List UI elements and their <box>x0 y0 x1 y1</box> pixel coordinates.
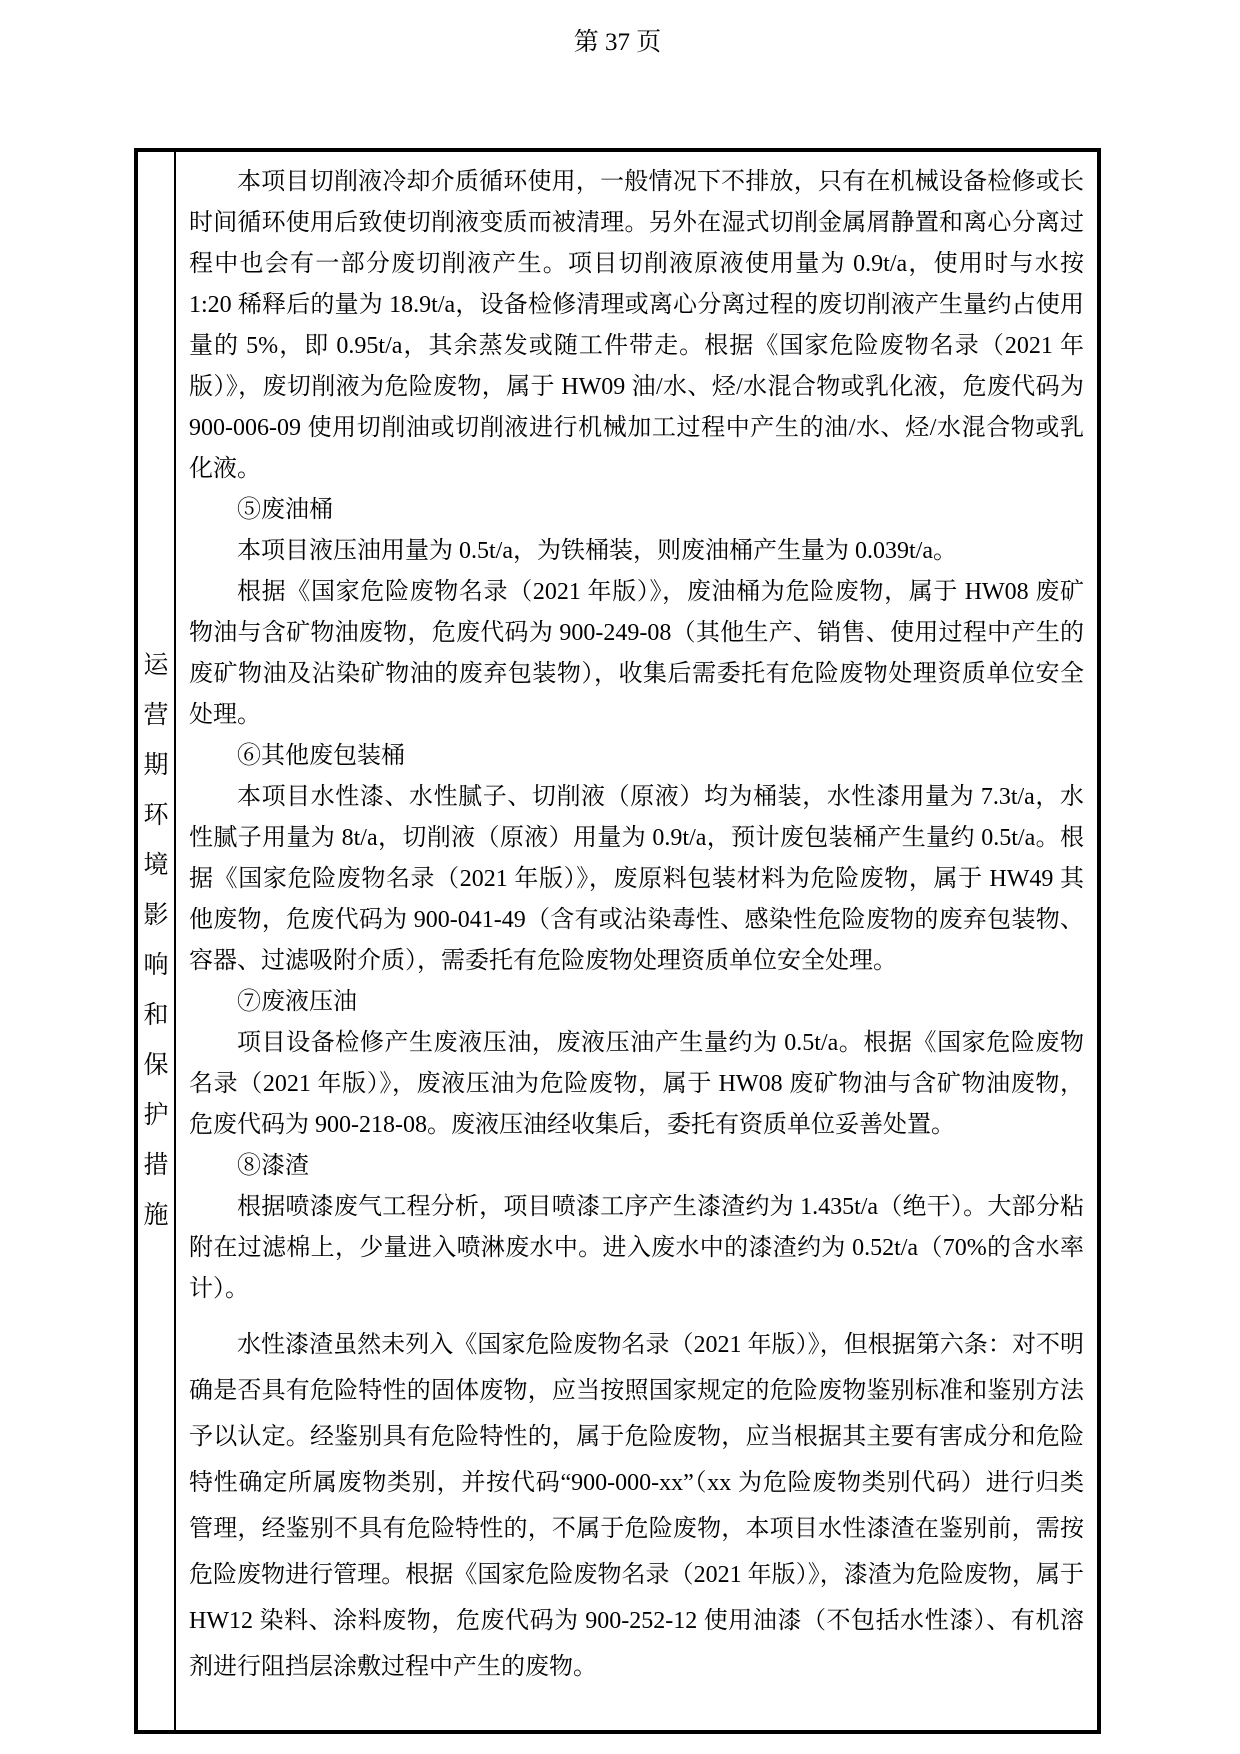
row-header-char: 和 <box>143 1003 168 1029</box>
row-header-char: 措 <box>143 1153 168 1179</box>
row-header-char: 环 <box>143 803 168 829</box>
row-header-char: 期 <box>143 753 168 779</box>
impact-measures-table: 运营期环境影响和保护措施 本项目切削液冷却介质循环使用，一般情况下不排放，只有在… <box>134 148 1101 1734</box>
row-header-char: 保 <box>143 1053 168 1079</box>
section-heading: ⑥其他废包装桶 <box>189 736 1084 777</box>
paragraph: 本项目液压油用量为 0.5t/a，为铁桶装，则废油桶产生量为 0.039t/a。 <box>189 531 1084 572</box>
section-heading: ⑧漆渣 <box>189 1146 1084 1187</box>
row-header-char: 响 <box>143 953 168 979</box>
row-header-char: 境 <box>143 853 168 879</box>
paragraph: 本项目切削液冷却介质循环使用，一般情况下不排放，只有在机械设备检修或长时间循环使… <box>189 162 1084 490</box>
section-heading: ⑦废液压油 <box>189 982 1084 1023</box>
content-cell: 本项目切削液冷却介质循环使用，一般情况下不排放，只有在机械设备检修或长时间循环使… <box>176 152 1097 1730</box>
document-page: 运营期环境影响和保护措施 本项目切削液冷却介质循环使用，一般情况下不排放，只有在… <box>0 0 1240 1754</box>
paragraph: 根据《国家危险废物名录（2021 年版）》，废油桶为危险废物，属于 HW08 废… <box>189 572 1084 736</box>
paragraph: 根据喷漆废气工程分析，项目喷漆工序产生漆渣约为 1.435t/a（绝干）。大部分… <box>189 1187 1084 1310</box>
row-header-char: 运 <box>143 653 168 679</box>
row-header-char: 影 <box>143 903 168 929</box>
paragraph: 本项目水性漆、水性腻子、切削液（原液）均为桶装，水性漆用量为 7.3t/a，水性… <box>189 777 1084 982</box>
paragraph: 项目设备检修产生废液压油，废液压油产生量约为 0.5t/a。根据《国家危险废物名… <box>189 1023 1084 1146</box>
row-header-operation-period: 运营期环境影响和保护措施 <box>138 152 176 1730</box>
page-number: 第 37 页 <box>134 22 1101 58</box>
row-header-char: 营 <box>143 703 168 729</box>
section-heading: ⑤废油桶 <box>189 490 1084 531</box>
row-header-char: 护 <box>143 1103 168 1129</box>
row-header-char: 施 <box>143 1203 168 1229</box>
paragraph: 水性漆渣虽然未列入《国家危险废物名录（2021 年版）》，但根据第六条：对不明确… <box>189 1322 1084 1690</box>
